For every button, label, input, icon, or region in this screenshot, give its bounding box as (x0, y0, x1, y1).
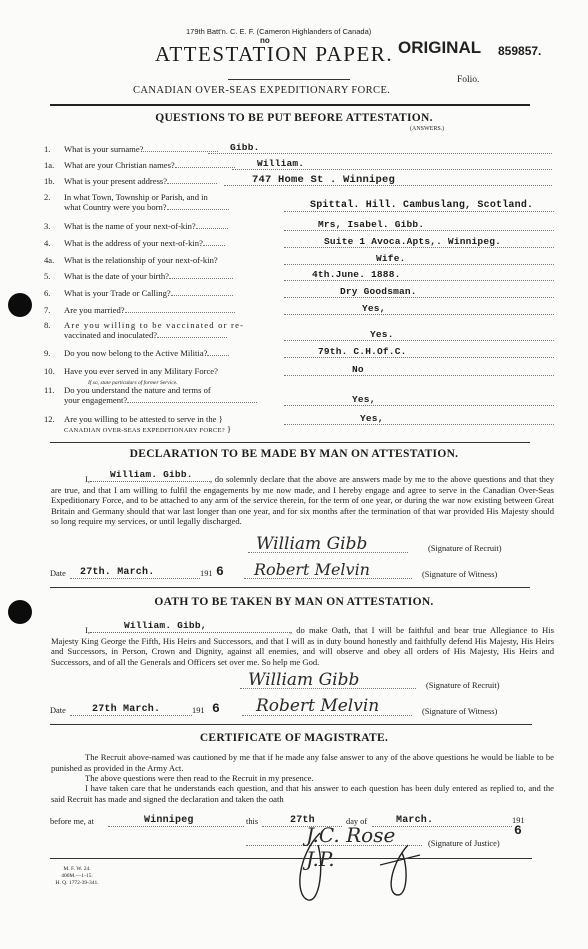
answer-5-birth-date[interactable]: 4th.June. 1888. (284, 270, 554, 281)
magistrate-paragraph-2: The above questions were then read to th… (51, 773, 554, 784)
header-rule (50, 104, 530, 106)
title-underline (228, 79, 350, 80)
answer-7-married[interactable]: Yes, (284, 304, 554, 315)
magistrate-this-label: this (246, 817, 258, 826)
answer-6-trade[interactable]: Dry Goodsman. (284, 287, 554, 298)
form-code: M. F. W. 24. 400M.—1-15. H. Q. 1772-39-3… (52, 866, 102, 887)
answer-1a-christian-names[interactable]: William. (232, 159, 552, 170)
oath-recruit-signature-field[interactable]: William Gibb (240, 674, 416, 689)
oath-recruit-label: (Signature of Recruit) (426, 681, 500, 690)
declaration-heading: DECLARATION TO BE MADE BY MAN ON ATTESTA… (0, 448, 588, 460)
oath-date-label: Date (50, 706, 66, 715)
oath-heading: OATH TO BE TAKEN BY MAN ON ATTESTATION. (0, 596, 588, 608)
question-4a: 4a.What is the relationship of your next… (44, 255, 274, 265)
force-heading: CANADIAN OVER-SEAS EXPEDITIONARY FORCE. (133, 85, 390, 96)
declaration-witness-label: (Signature of Witness) (422, 570, 497, 579)
question-6: 6.What is your Trade or Calling? (44, 288, 274, 298)
answer-10-military-service[interactable]: No (284, 365, 554, 376)
questions-heading: QUESTIONS TO BE PUT BEFORE ATTESTATION. (0, 112, 588, 124)
question-2: 2.In what Town, Township or Parish, and … (44, 192, 274, 212)
answer-1b-address[interactable]: 747 Home St . Winnipeg (224, 175, 552, 186)
oath-text: I,William. Gibb,, do make Oath, that I w… (51, 622, 554, 667)
battalion-line: 179th Batt'n. C. E. F. (Cameron Highland… (186, 27, 371, 36)
magistrate-year-digit: 6 (514, 823, 522, 838)
oath-end-rule (50, 724, 532, 725)
magistrate-heading: CERTIFICATE OF MAGISTRATE. (0, 732, 588, 744)
magistrate-place-field[interactable]: Winnipeg (108, 814, 244, 827)
question-4: 4.What is the address of your next-of-ki… (44, 238, 274, 248)
answer-3-next-of-kin[interactable]: Mrs, Isabel. Gibb. (284, 220, 554, 231)
declaration-name-field[interactable]: William. Gibb. (90, 471, 210, 482)
magistrate-before-label: before me, at (50, 817, 94, 826)
justice-signature-flourish (290, 825, 430, 905)
declaration-date-field[interactable]: 27th. March. (70, 566, 200, 579)
answer-12-willing-to-serve[interactable]: Yes, (284, 414, 554, 425)
declaration-witness-signature-field[interactable]: Robert Melvin (244, 566, 412, 579)
punch-hole-top (8, 293, 32, 317)
justice-signature-label: (Signature of Justice) (428, 839, 500, 848)
magistrate-paragraph-1: The Recruit above-named was cautioned by… (51, 752, 554, 773)
magistrate-end-rule (50, 858, 532, 859)
oath-year-prefix: 191 (192, 706, 205, 715)
folio-label: Folio. (457, 75, 479, 85)
answers-label: (ANSWERS.) (410, 126, 444, 132)
declaration-recruit-label: (Signature of Recruit) (428, 544, 502, 553)
oath-year-digit: 6 (212, 701, 220, 716)
question-7: 7.Are you married? (44, 305, 274, 315)
magistrate-paragraph-3: I have taken care that he understands ea… (51, 783, 554, 804)
regimental-number: 859857. (498, 44, 541, 58)
answer-11-understand-terms[interactable]: Yes, (284, 395, 554, 406)
question-3: 3.What is the name of your next-of-kin? (44, 221, 274, 231)
declaration-year-prefix: 191 (200, 569, 213, 578)
page-title: ATTESTATION PAPER. (155, 42, 393, 67)
declaration-year-digit: 6 (216, 564, 224, 579)
question-8: 8.Are you willing to be vaccinated or re… (44, 320, 274, 340)
question-11: 11.Do you understand the nature and term… (44, 385, 274, 405)
oath-witness-signature-field[interactable]: Robert Melvin (242, 703, 412, 716)
oath-witness-label: (Signature of Witness) (422, 707, 497, 716)
original-stamp: ORIGINAL (398, 38, 481, 58)
declaration-recruit-signature-field[interactable]: William Gibb (248, 538, 408, 553)
question-12: 12.Are you willing to be attested to ser… (44, 414, 274, 436)
answer-4-kin-address[interactable]: Suite 1 Avoca.Apts,. Winnipeg. (284, 237, 554, 248)
answer-8-vaccinated[interactable]: Yes. (284, 330, 554, 341)
oath-date-field[interactable]: 27th March. (70, 703, 192, 716)
declaration-text: I,William. Gibb., do solemnly declare th… (51, 471, 554, 527)
oath-name-field[interactable]: William. Gibb, (90, 622, 290, 633)
question-9: 9.Do you now belong to the Active Militi… (44, 348, 274, 358)
declaration-end-rule (50, 587, 530, 588)
answer-9-militia[interactable]: 79th. C.H.Of.C. (284, 347, 554, 358)
answer-4a-relationship[interactable]: Wife. (284, 254, 554, 265)
answer-1-surname[interactable]: Gibb. (208, 143, 552, 154)
answer-2-birthplace[interactable]: Spittal. Hill. Cambuslang, Scotland. (284, 201, 554, 212)
declaration-date-label: Date (50, 569, 66, 578)
questions-end-rule (50, 442, 530, 443)
question-5: 5.What is the date of your birth? (44, 271, 274, 281)
